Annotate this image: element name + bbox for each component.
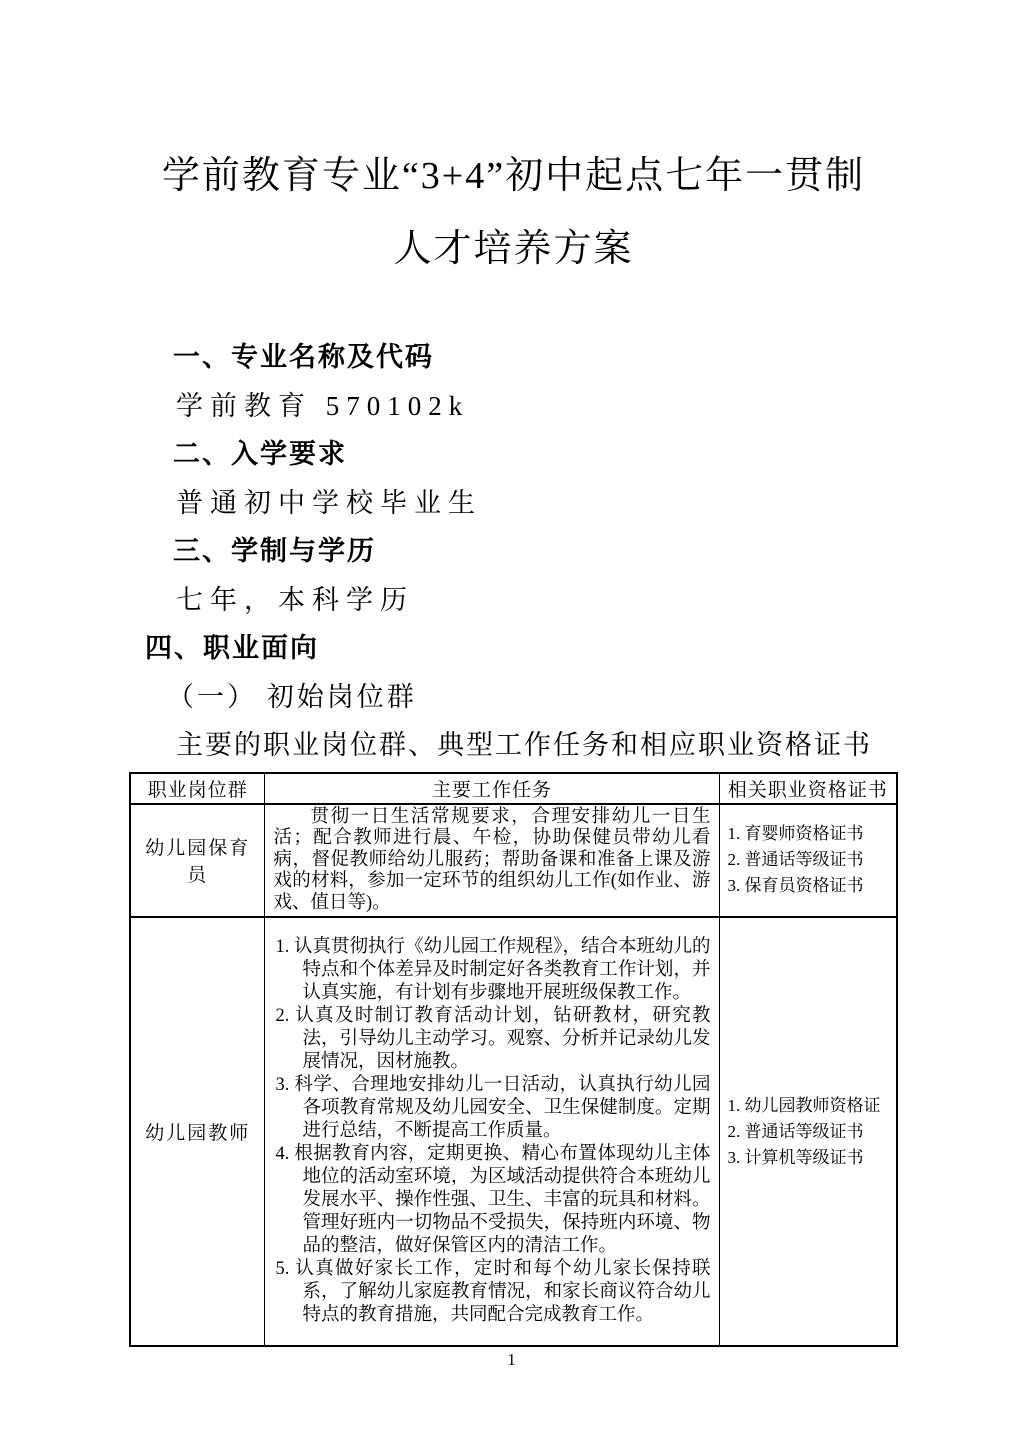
page-number: 1 <box>0 1350 1023 1370</box>
certificates-cell-kindergarten-teacher: 1. 幼儿园教师资格证 2. 普通话等级证书 3. 计算机等级证书 <box>719 917 897 1346</box>
task-item: 2. 认真及时制订教育活动计划，钻研教材，研究教法，引导幼儿主动学习。观察、分析… <box>275 1005 710 1074</box>
title-line-1: 学前教育专业“3+4”初中起点七年一贯制 <box>129 140 898 213</box>
tasks-paragraph: 贯彻一日生活常规要求，合理安排幼儿一日生活；配合教师进行晨、午检，协助保健员带幼… <box>273 807 710 915</box>
content-area: 学前教育专业“3+4”初中起点七年一贯制 人才培养方案 一、专业名称及代码 学前… <box>129 0 898 1347</box>
certificate-item: 2. 普通话等级证书 <box>728 1119 894 1145</box>
tasks-cell-kindergarten-teacher: 1. 认真贯彻执行《幼儿园工作规程》，结合本班幼儿的特点和个体差异及时制定好各类… <box>265 917 719 1346</box>
heading-entry-requirements: 二、入学要求 <box>129 430 898 479</box>
subsection-initial-posts: （一） 初始岗位群 <box>129 673 898 722</box>
certificates-cell-childcare-worker: 1. 育婴师资格证书 2. 普通话等级证书 3. 保育员资格证书 <box>719 804 897 918</box>
document-title: 学前教育专业“3+4”初中起点七年一贯制 人才培养方案 <box>129 140 898 286</box>
position-cell-kindergarten-teacher: 幼儿园教师 <box>130 917 265 1346</box>
heading-major-name-code: 一、专业名称及代码 <box>129 333 898 382</box>
task-item: 1. 认真贯彻执行《幼儿园工作规程》，结合本班幼儿的特点和个体差异及时制定好各类… <box>275 936 710 1005</box>
text-entry-requirements: 普通初中学校毕业生 <box>129 479 898 528</box>
table-row-kindergarten-teacher: 幼儿园教师 1. 认真贯彻执行《幼儿园工作规程》，结合本班幼儿的特点和个体差异及… <box>130 917 897 1346</box>
jobs-table: 职业岗位群 主要工作任务 相关职业资格证书 幼儿园保育员 贯彻一日生活常规要求，… <box>129 772 898 1348</box>
table-intro-text: 主要的职业岗位群、典型工作任务和相应职业资格证书 <box>129 721 898 770</box>
certificate-item: 2. 普通话等级证书 <box>728 847 894 873</box>
table-row-childcare-worker: 幼儿园保育员 贯彻一日生活常规要求，合理安排幼儿一日生活；配合教师进行晨、午检，… <box>130 804 897 918</box>
col-header-position-group: 职业岗位群 <box>130 773 265 804</box>
title-line-2: 人才培养方案 <box>129 213 898 286</box>
task-item: 5. 认真做好家长工作，定时和每个幼儿家长保持联系，了解幼儿家庭教育情况，和家长… <box>275 1258 710 1327</box>
certificate-item: 1. 育婴师资格证书 <box>728 821 894 847</box>
tasks-cell-childcare-worker: 贯彻一日生活常规要求，合理安排幼儿一日生活；配合教师进行晨、午检，协助保健员带幼… <box>265 804 719 918</box>
heading-career-orientation: 四、职业面向 <box>129 624 898 673</box>
heading-schooling-degree: 三、学制与学历 <box>129 527 898 576</box>
task-item: 4. 根据教育内容，定期更换、精心布置体现幼儿主体地位的活动室环境，为区域活动提… <box>275 1143 710 1258</box>
task-item: 3. 科学、合理地安排幼儿一日活动，认真执行幼儿园各项教育常规及幼儿园安全、卫生… <box>275 1074 710 1143</box>
document-page: 学前教育专业“3+4”初中起点七年一贯制 人才培养方案 一、专业名称及代码 学前… <box>0 0 1023 1447</box>
certificate-item: 3. 保育员资格证书 <box>728 873 894 899</box>
document-body: 一、专业名称及代码 学前教育 570102k 二、入学要求 普通初中学校毕业生 … <box>129 333 898 770</box>
col-header-certificates: 相关职业资格证书 <box>719 773 897 804</box>
table-header-row: 职业岗位群 主要工作任务 相关职业资格证书 <box>130 773 897 804</box>
text-schooling-degree: 七年，本科学历 <box>129 576 898 625</box>
certificate-item: 3. 计算机等级证书 <box>728 1145 894 1171</box>
position-cell-childcare-worker: 幼儿园保育员 <box>130 804 265 918</box>
text-major-name-code: 学前教育 570102k <box>129 382 898 431</box>
col-header-main-tasks: 主要工作任务 <box>265 773 719 804</box>
certificate-item: 1. 幼儿园教师资格证 <box>728 1093 894 1119</box>
